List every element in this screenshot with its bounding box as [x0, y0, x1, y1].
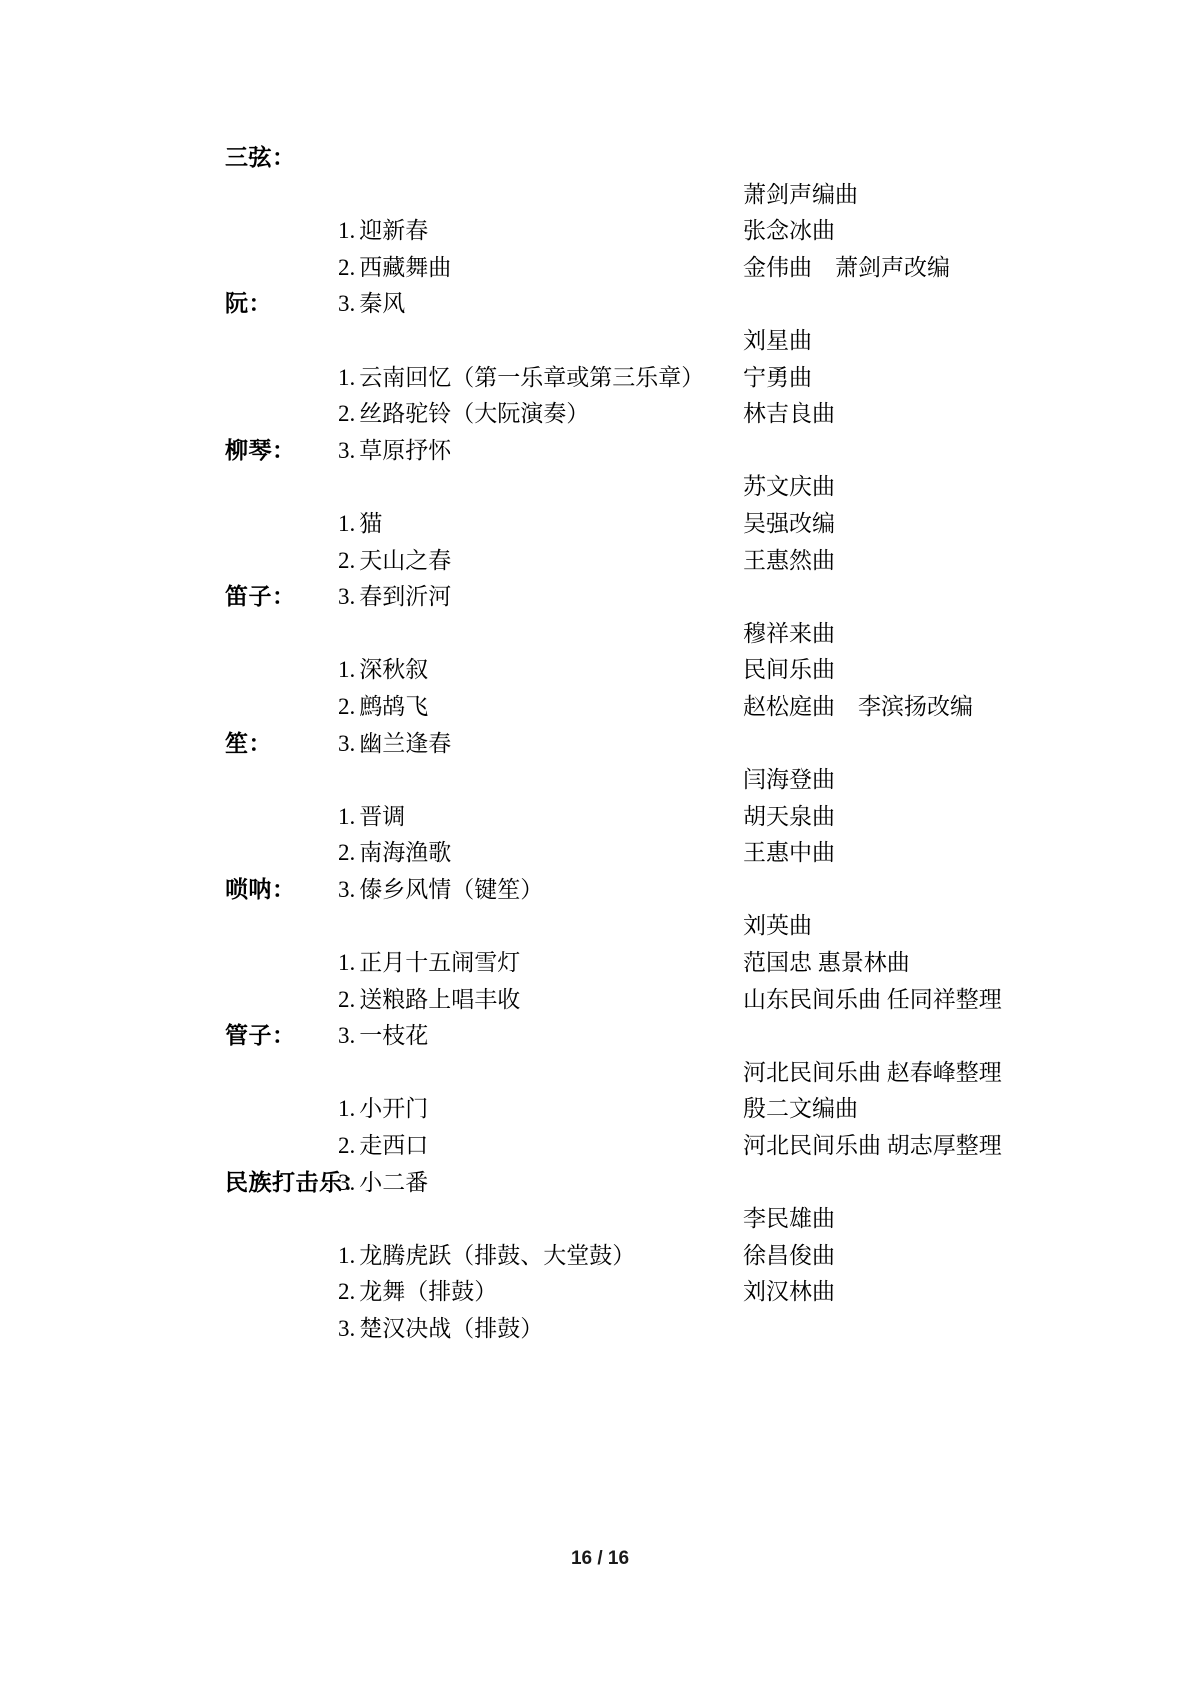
piece-row: 2.龙舞（排鼓） 徐昌俊曲 — [0, 1238, 1200, 1275]
piece-row: 3.草原抒怀 林吉良曲 — [0, 396, 1200, 433]
instrument-section: 民族打击乐： 1.龙腾虎跃（排鼓、大堂鼓） 李民雄曲 2.龙舞（排鼓） 徐昌俊曲… — [0, 1165, 1200, 1311]
piece-credit: 王惠然曲 — [743, 543, 835, 580]
piece-credit: 林吉良曲 — [743, 396, 835, 433]
piece-number: 3. — [338, 1311, 355, 1348]
piece-credit: 宁勇曲 — [743, 360, 812, 397]
piece-credit: 金伟曲 萧剑声改编 — [743, 250, 950, 287]
piece-row: 2.天山之春 吴强改编 — [0, 506, 1200, 543]
piece-title: 幽兰逢春 — [359, 731, 451, 756]
piece-credit: 张念冰曲 — [743, 213, 835, 250]
piece-number: 3. — [338, 579, 355, 616]
instrument-section: 唢呐： 1.正月十五闹雪灯 刘英曲 2.送粮路上唱丰收 范国忠 惠景林曲 3.一… — [0, 872, 1200, 1018]
piece-credit: 闫海登曲 — [743, 762, 835, 799]
page-number: 16 / 16 — [571, 1548, 629, 1569]
piece-title: 楚汉决战（排鼓） — [359, 1316, 543, 1341]
instrument-heading: 唢呐： — [0, 872, 1200, 909]
piece-row: 1.云南回忆（第一乐章或第三乐章） 刘星曲 — [0, 323, 1200, 360]
piece-row: 3.春到沂河 王惠然曲 — [0, 543, 1200, 580]
piece-credit: 民间乐曲 — [743, 652, 835, 689]
piece-number: 3. — [338, 286, 355, 323]
piece-credit: 李民雄曲 — [743, 1201, 835, 1238]
piece-row: 1.晋调 闫海登曲 — [0, 762, 1200, 799]
piece-row: 2.丝路驼铃（大阮演奏） 宁勇曲 — [0, 360, 1200, 397]
piece-row: 3.幽兰逢春 赵松庭曲 李滨扬改编 — [0, 689, 1200, 726]
piece-credit: 刘英曲 — [743, 908, 812, 945]
instrument-heading: 笛子： — [0, 579, 1200, 616]
piece-row: 1.正月十五闹雪灯 刘英曲 — [0, 908, 1200, 945]
piece-title: 傣乡风情（键笙） — [359, 877, 543, 902]
piece-credit: 河北民间乐曲 胡志厚整理 — [743, 1128, 1002, 1165]
instrument-section: 笙： 1.晋调 闫海登曲 2.南海渔歌 胡天泉曲 3.傣乡风情（键笙） 王惠中曲 — [0, 726, 1200, 872]
piece-credit: 穆祥来曲 — [743, 616, 835, 653]
piece-number: 3. — [338, 1018, 355, 1055]
piece-number: 3. — [338, 872, 355, 909]
piece-row: 2.送粮路上唱丰收 范国忠 惠景林曲 — [0, 945, 1200, 982]
piece-title: 小二番 — [359, 1170, 428, 1195]
piece-row: 1.小开门 河北民间乐曲 赵春峰整理 — [0, 1055, 1200, 1092]
piece-row: 3.秦风 金伟曲 萧剑声改编 — [0, 250, 1200, 287]
instrument-section: 三弦： 1.迎新春 萧剑声编曲 2.西藏舞曲 张念冰曲 3.秦风 金伟曲 萧剑声… — [0, 140, 1200, 286]
piece-number: 3. — [338, 1165, 355, 1202]
piece-credit: 刘汉林曲 — [743, 1274, 835, 1311]
piece-title: 一枝花 — [359, 1023, 428, 1048]
piece-number: 3. — [338, 433, 355, 470]
piece-row: 3.一枝花 山东民间乐曲 任同祥整理 — [0, 982, 1200, 1019]
piece-credit: 范国忠 惠景林曲 — [743, 945, 910, 982]
piece-row: 2.走西口 殷二文编曲 — [0, 1091, 1200, 1128]
instrument-heading: 阮： — [0, 286, 1200, 323]
instrument-heading: 民族打击乐： — [0, 1165, 1200, 1202]
piece-title: 春到沂河 — [359, 584, 451, 609]
piece-credit: 山东民间乐曲 任同祥整理 — [743, 982, 1002, 1019]
piece-row: 3.傣乡风情（键笙） 王惠中曲 — [0, 835, 1200, 872]
piece-row: 3.小二番 河北民间乐曲 胡志厚整理 — [0, 1128, 1200, 1165]
piece-credit: 胡天泉曲 — [743, 799, 835, 836]
piece-credit: 徐昌俊曲 — [743, 1238, 835, 1275]
instrument-heading: 柳琴： — [0, 433, 1200, 470]
piece-credit: 苏文庆曲 — [743, 469, 835, 506]
piece-row: 2.西藏舞曲 张念冰曲 — [0, 213, 1200, 250]
instrument-section: 阮： 1.云南回忆（第一乐章或第三乐章） 刘星曲 2.丝路驼铃（大阮演奏） 宁勇… — [0, 286, 1200, 432]
piece-credit: 赵松庭曲 李滨扬改编 — [743, 689, 973, 726]
piece-row: 2.鹧鸪飞 民间乐曲 — [0, 652, 1200, 689]
instrument-section: 管子： 1.小开门 河北民间乐曲 赵春峰整理 2.走西口 殷二文编曲 3.小二番… — [0, 1018, 1200, 1164]
instrument-heading: 管子： — [0, 1018, 1200, 1055]
page-footer: 16 / 16 — [0, 1545, 1200, 1573]
piece-row: 3.楚汉决战（排鼓） 刘汉林曲 — [0, 1274, 1200, 1311]
document-page: 三弦： 1.迎新春 萧剑声编曲 2.西藏舞曲 张念冰曲 3.秦风 金伟曲 萧剑声… — [0, 0, 1200, 1696]
piece-credit: 河北民间乐曲 赵春峰整理 — [743, 1055, 1002, 1092]
piece-row: 1.迎新春 萧剑声编曲 — [0, 177, 1200, 214]
piece-row: 1.龙腾虎跃（排鼓、大堂鼓） 李民雄曲 — [0, 1201, 1200, 1238]
instrument-heading: 笙： — [0, 726, 1200, 763]
instrument-section: 笛子： 1.深秋叙 穆祥来曲 2.鹧鸪飞 民间乐曲 3.幽兰逢春 赵松庭曲 李滨… — [0, 579, 1200, 725]
piece-credit: 吴强改编 — [743, 506, 835, 543]
instrument-section: 柳琴： 1.猫 苏文庆曲 2.天山之春 吴强改编 3.春到沂河 王惠然曲 — [0, 433, 1200, 579]
piece-row: 1.深秋叙 穆祥来曲 — [0, 616, 1200, 653]
piece-title: 草原抒怀 — [359, 438, 451, 463]
piece-number: 3. — [338, 726, 355, 763]
piece-row: 1.猫 苏文庆曲 — [0, 469, 1200, 506]
piece-row: 2.南海渔歌 胡天泉曲 — [0, 799, 1200, 836]
piece-credit: 王惠中曲 — [743, 835, 835, 872]
piece-credit: 殷二文编曲 — [743, 1091, 858, 1128]
piece-credit: 刘星曲 — [743, 323, 812, 360]
piece-credit: 萧剑声编曲 — [743, 177, 858, 214]
repertoire-list: 三弦： 1.迎新春 萧剑声编曲 2.西藏舞曲 张念冰曲 3.秦风 金伟曲 萧剑声… — [0, 140, 1200, 1311]
piece-title: 秦风 — [359, 291, 405, 316]
instrument-heading: 三弦： — [0, 140, 1200, 177]
